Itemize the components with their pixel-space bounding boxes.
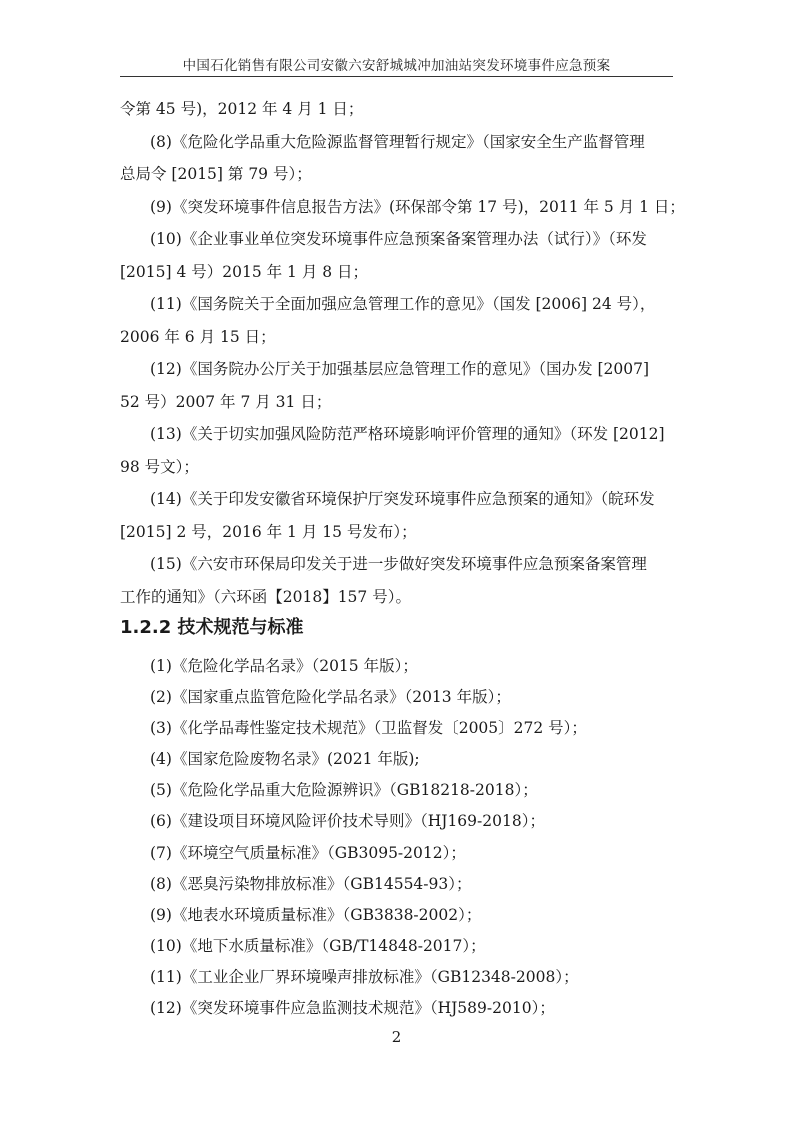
paragraph-line: 52 号）2007 年 7 月 31 日；: [120, 386, 673, 419]
list-item: (6)《建设项目环境风险评价技术导则》（HJ169-2018）；: [150, 806, 673, 837]
regulation-item-15: (15)《六安市环保局印发关于进一步做好突发环境事件应急预案备案管理 工作的通知…: [120, 548, 673, 613]
list-item: (1)《危险化学品名录》（2015 年版）；: [150, 651, 673, 682]
paragraph-line: (8)《危险化学品重大危险源监督管理暂行规定》（国家安全生产监督管理: [120, 126, 673, 159]
regulations-list: 令第 45 号)，2012 年 4 月 1 日； (8)《危险化学品重大危险源监…: [120, 93, 673, 613]
paragraph-line: [2015] 2 号，2016 年 1 月 15 号发布）；: [120, 516, 673, 549]
regulation-item-8: (8)《危险化学品重大危险源监督管理暂行规定》（国家安全生产监督管理 总局令 […: [120, 126, 673, 191]
list-item: (3)《化学品毒性鉴定技术规范》（卫监督发〔2005〕272 号）；: [150, 713, 673, 744]
paragraph-line: 工作的通知》（六环函【2018】157 号）。: [120, 581, 673, 614]
regulation-item-14: (14)《关于印发安徽省环境保护厅突发环境事件应急预案的通知》（皖环发 [201…: [120, 483, 673, 548]
list-item: (4)《国家危险废物名录》(2021 年版);: [150, 744, 673, 775]
paragraph-line: 2006 年 6 月 15 日；: [120, 321, 673, 354]
paragraph-line: (11)《国务院关于全面加强应急管理工作的意见》（国发 [2006] 24 号）…: [120, 288, 673, 321]
regulation-item-10: (10)《企业事业单位突发环境事件应急预案备案管理办法（试行）》（环发 [201…: [120, 223, 673, 288]
section-heading: 1.2.2 技术规范与标准: [120, 613, 304, 639]
regulation-item-13: (13)《关于切实加强风险防范严格环境影响评价管理的通知》（环发 [2012] …: [120, 418, 673, 483]
header-divider: [120, 76, 673, 77]
list-item: (8)《恶臭污染物排放标准》（GB14554-93）；: [150, 869, 673, 900]
list-item: (12)《突发环境事件应急监测技术规范》（HJ589-2010）；: [150, 993, 673, 1024]
regulation-item-11: (11)《国务院关于全面加强应急管理工作的意见》（国发 [2006] 24 号）…: [120, 288, 673, 353]
paragraph-line: (15)《六安市环保局印发关于进一步做好突发环境事件应急预案备案管理: [120, 548, 673, 581]
paragraph-line: (9)《突发环境事件信息报告方法》(环保部令第 17 号)，2011 年 5 月…: [120, 191, 673, 224]
paragraph-line: 98 号文）；: [120, 451, 673, 484]
paragraph-line: (13)《关于切实加强风险防范严格环境影响评价管理的通知》（环发 [2012]: [120, 418, 673, 451]
document-header: 中国石化销售有限公司安徽六安舒城城冲加油站突发环境事件应急预案: [120, 54, 673, 74]
paragraph-line: [2015] 4 号）2015 年 1 月 8 日；: [120, 256, 673, 289]
paragraph-line: (10)《企业事业单位突发环境事件应急预案备案管理办法（试行）》（环发: [120, 223, 673, 256]
list-item: (10)《地下水质量标准》（GB/T14848-2017）；: [150, 931, 673, 962]
regulation-item-9: (9)《突发环境事件信息报告方法》(环保部令第 17 号)，2011 年 5 月…: [120, 191, 673, 224]
list-item: (5)《危险化学品重大危险源辨识》（GB18218-2018）；: [150, 775, 673, 806]
list-item: (2)《国家重点监管危险化学品名录》（2013 年版）；: [150, 682, 673, 713]
paragraph-line: 令第 45 号)，2012 年 4 月 1 日；: [120, 93, 673, 126]
paragraph-line: (12)《国务院办公厅关于加强基层应急管理工作的意见》（国办发 [2007]: [120, 353, 673, 386]
list-item: (11)《工业企业厂界环境噪声排放标准》（GB12348-2008）；: [150, 962, 673, 993]
list-item: (7)《环境空气质量标准》（GB3095-2012）；: [150, 838, 673, 869]
paragraph-line: 总局令 [2015] 第 79 号）；: [120, 158, 673, 191]
continuation-paragraph: 令第 45 号)，2012 年 4 月 1 日；: [120, 93, 673, 126]
regulation-item-12: (12)《国务院办公厅关于加强基层应急管理工作的意见》（国办发 [2007] 5…: [120, 353, 673, 418]
paragraph-line: (14)《关于印发安徽省环境保护厅突发环境事件应急预案的通知》（皖环发: [120, 483, 673, 516]
list-item: (9)《地表水环境质量标准》（GB3838-2002）；: [150, 900, 673, 931]
page-number: 2: [0, 1028, 793, 1046]
standards-list: (1)《危险化学品名录》（2015 年版）； (2)《国家重点监管危险化学品名录…: [150, 651, 673, 1024]
